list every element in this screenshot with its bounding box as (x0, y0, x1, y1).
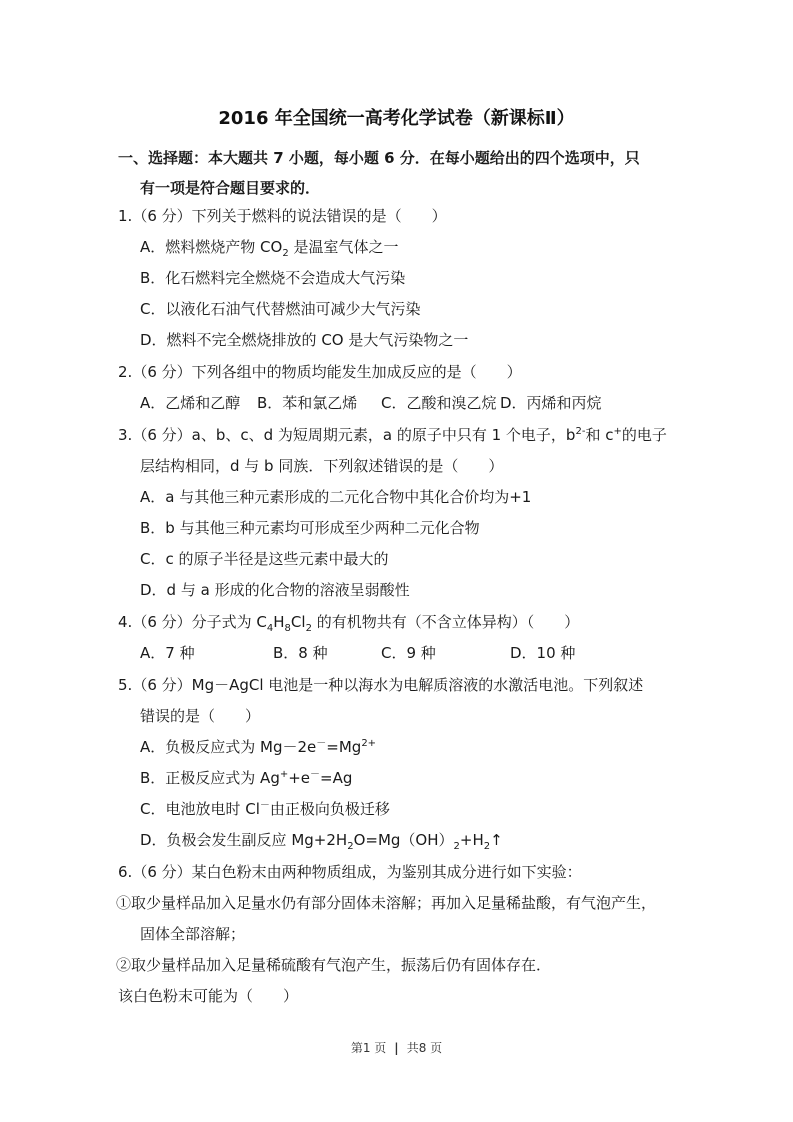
question-3-option-b: B．b 与其他三种元素均可形成至少两种二元化合物 (140, 518, 480, 538)
question-5-option-a: A．负极反应式为 Mg－2e－=Mg2+ (140, 737, 376, 757)
question-5-stem-line1: 5.（6 分）Mg－AgCl 电池是一种以海水为电解质溶液的水激活电池。下列叙述 (118, 675, 643, 695)
exam-page: 2016 年全国统一高考化学试卷（新课标Ⅱ） 一、选择题：本大题共 7 小题，每… (0, 0, 793, 1122)
question-4-option-b: B．8 种 (273, 643, 328, 663)
option-text: O=Mg（OH） (354, 831, 454, 849)
question-6-prompt: 该白色粉末可能为（ ） (118, 986, 298, 1006)
question-number: 4. (118, 613, 132, 631)
question-text: （6 分）Mg－AgCl 电池是一种以海水为电解质溶液的水激活电池。下列叙述 (132, 676, 643, 694)
option-text: A．负极反应式为 Mg－2e (140, 738, 316, 756)
section-heading-line1: 一、选择题：本大题共 7 小题，每小题 6 分．在每小题给出的四个选项中，只 (118, 148, 640, 168)
option-text: B．正极反应式为 Ag (140, 769, 280, 787)
question-number: 1. (118, 207, 132, 225)
question-5-option-b: B．正极反应式为 Ag++e－=Ag (140, 768, 352, 788)
question-text: （6 分）a、b、c、d 为短周期元素，a 的原子中只有 1 个电子，b (132, 426, 575, 444)
question-text: H (273, 613, 284, 631)
question-text: 和 c (585, 426, 613, 444)
question-3-option-d: D．d 与 a 形成的化合物的溶液呈弱酸性 (140, 580, 410, 600)
question-1-option-b: B．化石燃料完全燃烧不会造成大气污染 (140, 268, 405, 288)
question-3-stem-line2: 层结构相同，d 与 b 同族．下列叙述错误的是（ ） (140, 456, 503, 476)
question-text: Cl (291, 613, 306, 631)
question-2-option-b: B．苯和氯乙烯 (257, 393, 357, 413)
question-text: （6 分）下列各组中的物质均能发生加成反应的是（ ） (132, 363, 521, 381)
superscript: 2- (575, 426, 585, 437)
question-1-option-a: A．燃料燃烧产物 CO2 是温室气体之一 (140, 237, 398, 257)
question-4-option-a: A．7 种 (140, 643, 195, 663)
option-text: D．负极会发生副反应 Mg+2H (140, 831, 347, 849)
question-1-stem: 1.（6 分）下列关于燃料的说法错误的是（ ） (118, 206, 447, 226)
question-2-options: A．乙烯和乙醇 B．苯和氯乙烯 C．乙酸和溴乙烷 D．丙烯和丙烷 (0, 393, 793, 413)
question-6-stem: 6.（6 分）某白色粉末由两种物质组成，为鉴别其成分进行如下实验： (118, 862, 582, 882)
question-6-step1-line2: 固体全部溶解； (140, 924, 245, 944)
question-number: 3. (118, 426, 132, 444)
question-6-step2: ②取少量样品加入足量稀硫酸有气泡产生，振荡后仍有固体存在． (116, 955, 551, 975)
question-3-stem-line1: 3.（6 分）a、b、c、d 为短周期元素，a 的原子中只有 1 个电子，b2-… (118, 425, 667, 445)
question-5-stem-line2: 错误的是（ ） (140, 706, 260, 726)
question-6-step1-line1: ①取少量样品加入足量水仍有部分固体未溶解；再加入足量稀盐酸，有气泡产生， (116, 893, 656, 913)
option-text: +e (288, 769, 310, 787)
superscript: 2+ (361, 738, 376, 749)
page-title: 2016 年全国统一高考化学试卷（新课标Ⅱ） (0, 107, 793, 131)
question-1-option-d: D．燃料不完全燃烧排放的 CO 是大气污染物之一 (140, 330, 468, 350)
up-arrow-icon: ↑ (490, 831, 503, 849)
question-5-option-c: C．电池放电时 Cl－由正极向负极迁移 (140, 799, 390, 819)
question-text: 的有机物共有（不含立体异构）（ ） (312, 613, 579, 631)
page-total: 共8 页 (407, 1041, 442, 1055)
question-number: 6. (118, 863, 132, 881)
question-text: 的电子 (622, 426, 667, 444)
question-2-option-a: A．乙烯和乙醇 (140, 393, 240, 413)
page-footer: 第1 页|共8 页 (0, 1040, 793, 1056)
option-text: =Mg (326, 738, 361, 756)
superscript: － (310, 769, 320, 780)
option-text: 由正极向负极迁移 (270, 800, 390, 818)
footer-separator: | (394, 1041, 398, 1055)
question-2-stem: 2.（6 分）下列各组中的物质均能发生加成反应的是（ ） (118, 362, 522, 382)
option-text: +H (460, 831, 484, 849)
question-text: （6 分）分子式为 C (132, 613, 267, 631)
question-4-stem: 4.（6 分）分子式为 C4H8Cl2 的有机物共有（不含立体异构）（ ） (118, 612, 579, 632)
question-number: 5. (118, 676, 132, 694)
question-4-option-d: D．10 种 (510, 643, 575, 663)
option-text: C．电池放电时 Cl (140, 800, 260, 818)
question-text: （6 分）某白色粉末由两种物质组成，为鉴别其成分进行如下实验： (132, 863, 581, 881)
question-4-options: A．7 种 B．8 种 C．9 种 D．10 种 (0, 643, 793, 663)
option-text: 是温室气体之一 (289, 238, 399, 256)
question-2-option-c: C．乙酸和溴乙烷 (381, 393, 496, 413)
question-text: （6 分）下列关于燃料的说法错误的是（ ） (132, 207, 446, 225)
question-4-option-c: C．9 种 (381, 643, 436, 663)
question-3-option-c: C．c 的原子半径是这些元素中最大的 (140, 549, 389, 569)
question-3-option-a: A．a 与其他三种元素形成的二元化合物中其化合价均为+1 (140, 487, 531, 507)
option-text: =Ag (320, 769, 352, 787)
question-1-option-c: C．以液化石油气代替燃油可减少大气污染 (140, 299, 420, 319)
superscript: － (260, 800, 270, 811)
option-text: A．燃料燃烧产物 CO (140, 238, 282, 256)
superscript: + (613, 426, 621, 437)
superscript: + (280, 769, 288, 780)
section-heading-line2: 有一项是符合题目要求的． (140, 178, 320, 198)
question-5-option-d: D．负极会发生副反应 Mg+2H2O=Mg（OH）2+H2↑ (140, 830, 503, 850)
question-number: 2. (118, 363, 132, 381)
superscript: － (316, 738, 326, 749)
page-number: 第1 页 (351, 1041, 386, 1055)
question-2-option-d: D．丙烯和丙烷 (500, 393, 602, 413)
